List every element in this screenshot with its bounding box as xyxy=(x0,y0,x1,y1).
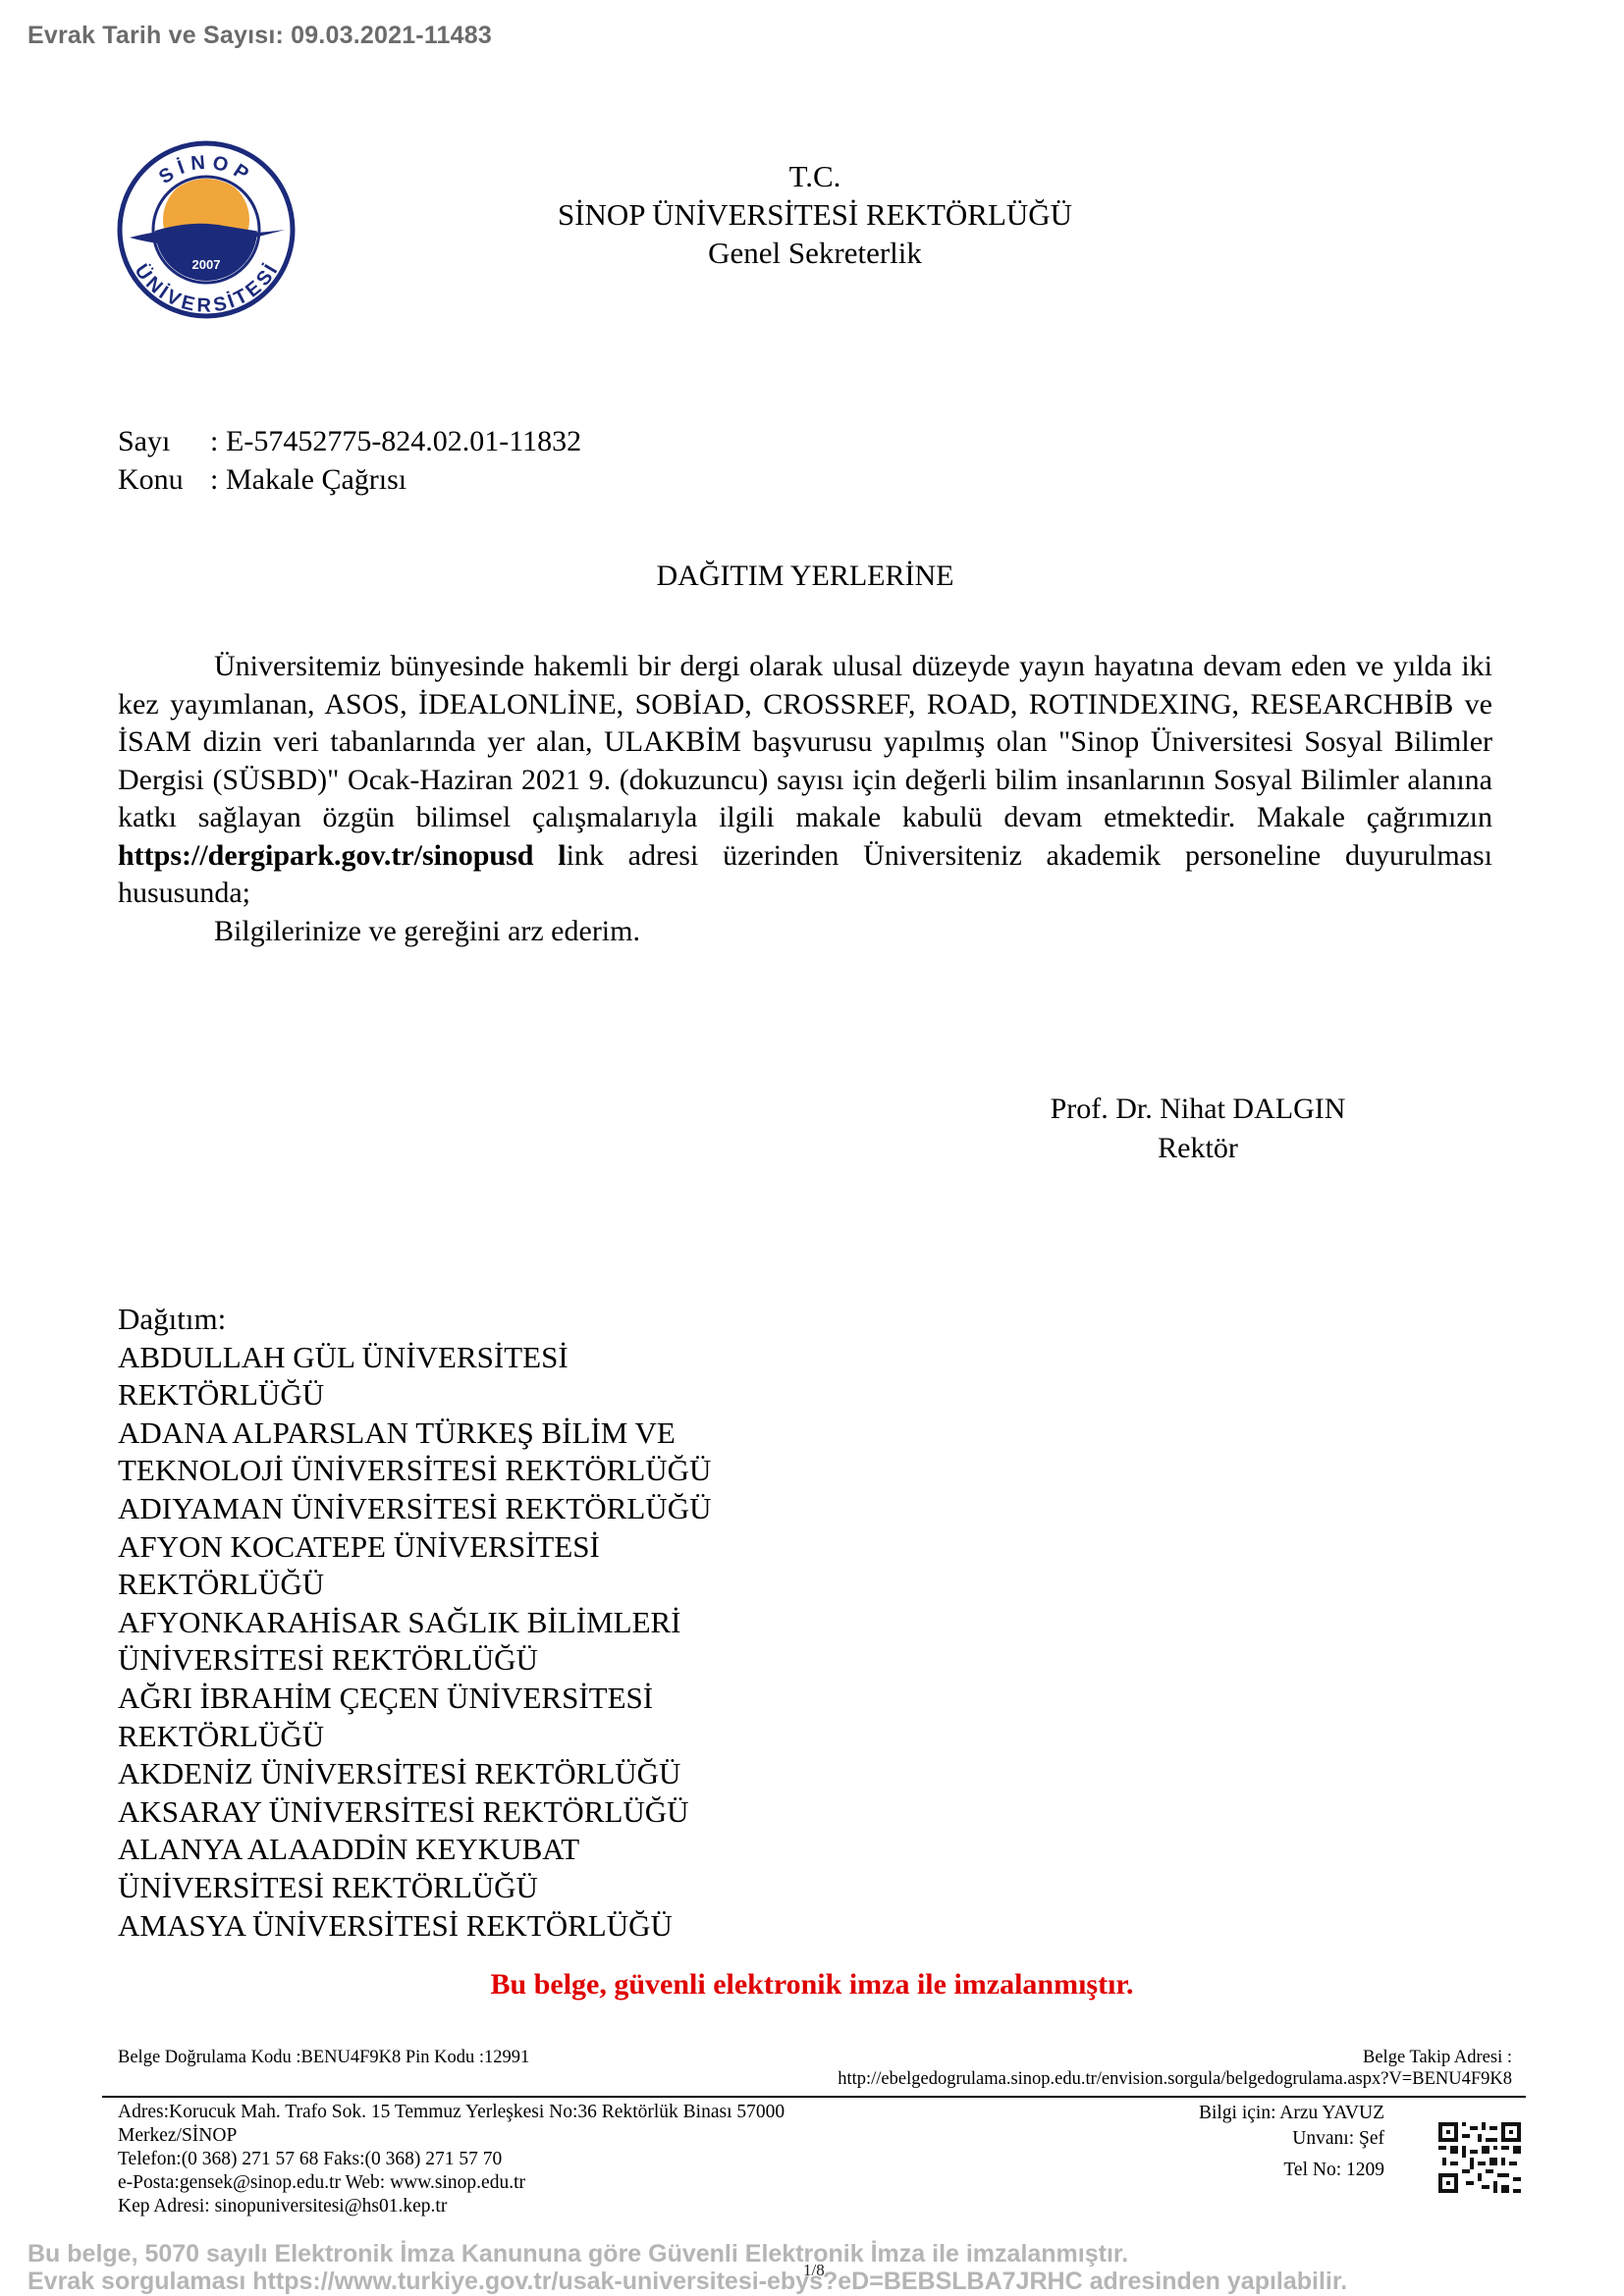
university-logo: 2007 SİNOP ÜNİVERSİTESİ xyxy=(116,139,297,320)
letter-body: Üniversitemiz bünyesinde hakemli bir der… xyxy=(118,648,1492,950)
qr-code-icon xyxy=(1438,2122,1521,2193)
distribution-item: ABDULLAH GÜL ÜNİVERSİTESİ xyxy=(118,1339,711,1377)
distribution-item: AMASYA ÜNİVERSİTESİ REKTÖRLÜĞÜ xyxy=(118,1907,711,1946)
distribution-item: AĞRI İBRAHİM ÇEÇEN ÜNİVERSİTESİ xyxy=(118,1680,711,1718)
addressee-heading: DAĞITIM YERLERİNE xyxy=(118,560,1492,593)
distribution-item: ADANA ALPARSLAN TÜRKEŞ BİLİM VE xyxy=(118,1415,711,1453)
body-bold-fragment: l xyxy=(533,839,566,872)
contact-title: Unvanı: Şef xyxy=(1199,2126,1384,2152)
subject-value: Makale Çağrısı xyxy=(226,460,406,499)
subject-label: Konu xyxy=(118,460,210,499)
distribution-label: Dağıtım: xyxy=(118,1301,711,1339)
letterhead-department: Genel Sekreterlik xyxy=(491,234,1139,272)
signatory-title: Rektör xyxy=(1001,1129,1394,1168)
distribution-item: AFYON KOCATEPE ÜNİVERSİTESİ xyxy=(118,1528,711,1567)
phone-fax: Telefon:(0 368) 271 57 68 Faks:(0 368) 2… xyxy=(118,2148,785,2171)
verification-code: Belge Doğrulama Kodu :BENU4F9K8 Pin Kodu… xyxy=(118,2047,529,2068)
address-city: Merkez/SİNOP xyxy=(118,2124,785,2148)
footer-address: Adres:Korucuk Mah. Trafo Sok. 15 Temmuz … xyxy=(118,2101,785,2218)
distribution-item: AKSARAY ÜNİVERSİTESİ REKTÖRLÜĞÜ xyxy=(118,1793,711,1832)
distribution-item: TEKNOLOJİ ÜNİVERSİTESİ REKTÖRLÜĞÜ xyxy=(118,1452,711,1490)
body-paragraph-2: Bilgilerinize ve gereğini arz ederim. xyxy=(118,913,1492,951)
journal-link[interactable]: https://dergipark.gov.tr/sinopusd xyxy=(118,839,533,872)
distribution-item: REKTÖRLÜĞÜ xyxy=(118,1566,711,1604)
meta-subject-row: Konu : Makale Çağrısı xyxy=(118,460,581,499)
email-web: e-Posta:gensek@sinop.edu.tr Web: www.sin… xyxy=(118,2171,785,2195)
letterhead-tc: T.C. xyxy=(491,157,1139,195)
letterhead: T.C. SİNOP ÜNİVERSİTESİ REKTÖRLÜĞÜ Genel… xyxy=(491,157,1139,272)
distribution-item: REKTÖRLÜĞÜ xyxy=(118,1376,711,1415)
number-value: E-57452775-824.02.01-11832 xyxy=(226,422,581,460)
body-text: Üniversitemiz bünyesinde hakemli bir der… xyxy=(118,650,1492,833)
letterhead-institution: SİNOP ÜNİVERSİTESİ REKTÖRLÜĞÜ xyxy=(491,195,1139,234)
sinop-university-seal-icon: 2007 SİNOP ÜNİVERSİTESİ xyxy=(116,139,297,320)
signature-block: Prof. Dr. Nihat DALGIN Rektör xyxy=(1001,1090,1394,1168)
subject-separator: : xyxy=(210,460,226,499)
body-paragraph-1: Üniversitemiz bünyesinde hakemli bir der… xyxy=(118,648,1492,913)
signatory-name: Prof. Dr. Nihat DALGIN xyxy=(1001,1090,1394,1129)
distribution-item: ALANYA ALAADDİN KEYKUBAT xyxy=(118,1831,711,1869)
distribution-item: REKTÖRLÜĞÜ xyxy=(118,1718,711,1756)
distribution-item: ÜNİVERSİTESİ REKTÖRLÜĞÜ xyxy=(118,1869,711,1907)
distribution-item: AKDENİZ ÜNİVERSİTESİ REKTÖRLÜĞÜ xyxy=(118,1755,711,1793)
tracking-address: Belge Takip Adresi : http://ebelgedogrul… xyxy=(838,2047,1512,2090)
number-label: Sayı xyxy=(118,422,210,460)
svg-text:2007: 2007 xyxy=(192,257,221,272)
address-line: Adres:Korucuk Mah. Trafo Sok. 15 Temmuz … xyxy=(118,2101,785,2124)
distribution-list: Dağıtım: ABDULLAH GÜL ÜNİVERSİTESİ REKTÖ… xyxy=(118,1301,711,1945)
stamp-line-2: Evrak sorgulaması https://www.turkiye.go… xyxy=(27,2268,1347,2295)
footer-divider xyxy=(102,2096,1526,2098)
page-number: 1/8 xyxy=(803,2261,825,2280)
document-date-number-stamp: Evrak Tarih ve Sayısı: 09.03.2021-11483 xyxy=(27,22,492,50)
e-signature-notice: Bu belge, güvenli elektronik imza ile im… xyxy=(0,1968,1624,2002)
distribution-item: ÜNİVERSİTESİ REKTÖRLÜĞÜ xyxy=(118,1641,711,1680)
meta-number-row: Sayı : E-57452775-824.02.01-11832 xyxy=(118,422,581,460)
contact-phone: Tel No: 1209 xyxy=(1199,2158,1384,2183)
tracking-url[interactable]: http://ebelgedogrulama.sinop.edu.tr/envi… xyxy=(838,2068,1512,2090)
distribution-item: AFYONKARAHİSAR SAĞLIK BİLİMLERİ xyxy=(118,1604,711,1642)
tracking-label: Belge Takip Adresi : xyxy=(838,2047,1512,2068)
e-signature-law-stamp: Bu belge, 5070 sayılı Elektronik İmza Ka… xyxy=(27,2240,1347,2295)
contact-person: Bilgi için: Arzu YAVUZ xyxy=(1199,2101,1384,2126)
document-meta: Sayı : E-57452775-824.02.01-11832 Konu :… xyxy=(118,422,581,499)
number-separator: : xyxy=(210,422,226,460)
kep-address: Kep Adresi: sinopuniversitesi@hs01.kep.t… xyxy=(118,2195,785,2218)
distribution-item: ADIYAMAN ÜNİVERSİTESİ REKTÖRLÜĞÜ xyxy=(118,1490,711,1528)
contact-info: Bilgi için: Arzu YAVUZ Unvanı: Şef Tel N… xyxy=(1199,2101,1384,2183)
stamp-line-1: Bu belge, 5070 sayılı Elektronik İmza Ka… xyxy=(27,2240,1347,2268)
